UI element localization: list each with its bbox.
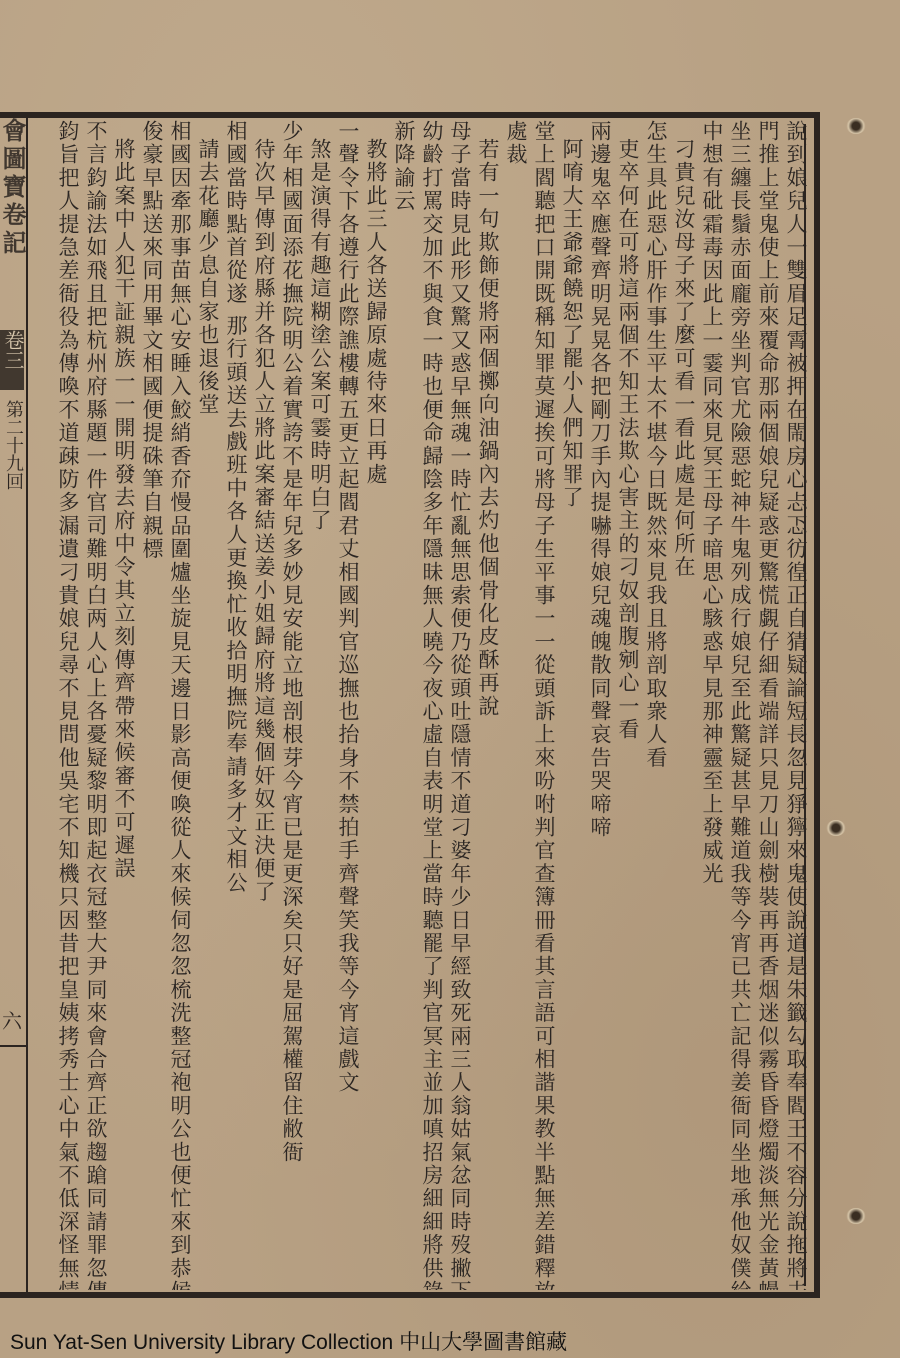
text-column: 兩邊鬼卒應聲齊明晃晃各把剛刀手內提嚇得娘兒魂魄散同聲哀告哭啼啼 bbox=[586, 120, 614, 1290]
text-column: 相國因牽那事苗無心安睡入鮫綃香夼慢品圍爐坐旋見天邊日影高便喚從人來候伺忽忽梳洗整… bbox=[166, 120, 194, 1290]
text-column: 母子當時見此形又驚又惑早無魂一時忙亂無思索便乃從頭吐隱情不道刁婆年少日早經致死兩… bbox=[446, 120, 474, 1290]
text-column: 相國當時點首從遂 那行頭送去戲班中各人更換忙收拾明撫院奉請多才文相公 bbox=[222, 120, 250, 1290]
text-column: 新降諭云 bbox=[390, 120, 418, 1290]
text-column: 怎生具此惡心肝作事生平太不堪今日既然來見我且將剖取衆人看 bbox=[642, 120, 670, 1290]
text-column: 吏卒何在可將這兩個不知王法欺心害主的刁奴剖腹剜心一看 bbox=[614, 120, 642, 1308]
main-text-body: 說到娘兒人一雙眉足霄被押在閙房心忐忑彷徨正自猜疑論短長忽見猙獰來鬼使說道是朱籤勾… bbox=[30, 120, 810, 1290]
volume-label: 卷三 bbox=[2, 330, 24, 370]
text-column: 處裁 bbox=[502, 120, 530, 1290]
text-column: 俊豪早點送來同用畢文相國便提硃筆自親標 bbox=[138, 120, 166, 1290]
text-column: 說到娘兒人一雙眉足霄被押在閙房心忐忑彷徨正自猜疑論短長忽見猙獰來鬼使說道是朱籤勾… bbox=[782, 120, 810, 1290]
text-column: 不言鈞諭法如飛且把杭州府縣題一件官司難明白两人心上各憂疑黎明即起衣冠整大尹同來會… bbox=[82, 120, 110, 1290]
text-column: 中想有砒霜毒因此上一霎同來見冥王母子暗思心駭惑早見那神靈至上發威光 bbox=[698, 120, 726, 1290]
text-column: 請去花廳少息自家也退後堂 bbox=[194, 120, 222, 1308]
book-title: 會圖寶卷記 bbox=[0, 118, 24, 258]
text-column: 門推上堂鬼使上前來覆命那兩個娘兒疑惑更驚慌覷仔細看端詳只見刀山劍樹裝再再香烟迷似… bbox=[754, 120, 782, 1290]
text-column: 幼齡打罵交加不與食一時也便命歸陰多年隱昧無人曉今夜心虛自表明堂上當時聽罷了判官冥… bbox=[418, 120, 446, 1290]
binding-hole-mark bbox=[846, 118, 866, 134]
text-column: 鈞旨把人提急差衙役為傳喚不道疎防多漏遺刁貴娘兒尋不見問他吳宅不知機只因昔把皇姨拷… bbox=[54, 120, 82, 1290]
scanned-book-page: 會圖寶卷記 卷三 第二十九回 六 說到娘兒人一雙眉足霄被押在閙房心忐忑彷徨正自猜… bbox=[0, 0, 900, 1358]
collection-credit: Sun Yat-Sen University Library Collectio… bbox=[10, 1326, 567, 1356]
binding-hole-mark bbox=[826, 820, 846, 836]
text-column: 將此案中人犯干証親族一一開明發去府中令其立刻傳齊帶來候審不可遲誤 bbox=[110, 120, 138, 1308]
text-column: 待次早傳到府縣并各犯人立將此案審結送姜小姐歸府將這幾個奸奴正決便了 bbox=[250, 120, 278, 1308]
text-column: 阿唷大王爺爺饒恕了罷小人們知罪了 bbox=[558, 120, 586, 1308]
text-column: 煞是演得有趣這糊塗公案可霎時明白了 bbox=[306, 120, 334, 1308]
margin-column bbox=[0, 118, 28, 1292]
text-column: 少年相國面添花撫院明公着實誇不是年兒多妙見安能立地剖根芽今宵已是更深矣只好是屈駕… bbox=[278, 120, 306, 1290]
text-column: 一聲令下各遵行此際譙樓轉五更立起閻君丈相國判官巡撫也抬身不禁拍手齊聲笑我等今宵這… bbox=[334, 120, 362, 1290]
text-column: 坐三纏長鬚赤面龐旁坐判官尤險惡蛇神牛鬼列成行娘兒至此驚疑甚早難道我等今宵已共亡記… bbox=[726, 120, 754, 1290]
binding-hole-mark bbox=[846, 1208, 866, 1224]
text-column: 若有一句欺飾便將兩個擲向油鍋內去灼他個骨化皮酥再說 bbox=[474, 120, 502, 1308]
text-column: 堂上閻聽把口開既稱知罪莫遲挨可將母子生平事一一從頭訴上來吩咐判官查簿冊看其言語可… bbox=[530, 120, 558, 1290]
text-column: 刁貴兒汝母子來了麼可看一看此處是何所在 bbox=[670, 120, 698, 1308]
text-column: 教將此三人各送歸原處待來日再處 bbox=[362, 120, 390, 1308]
chapter-label: 第二十九回 bbox=[2, 400, 24, 490]
page-number: 六 bbox=[2, 1005, 24, 1034]
page-number-divider bbox=[0, 1045, 26, 1047]
